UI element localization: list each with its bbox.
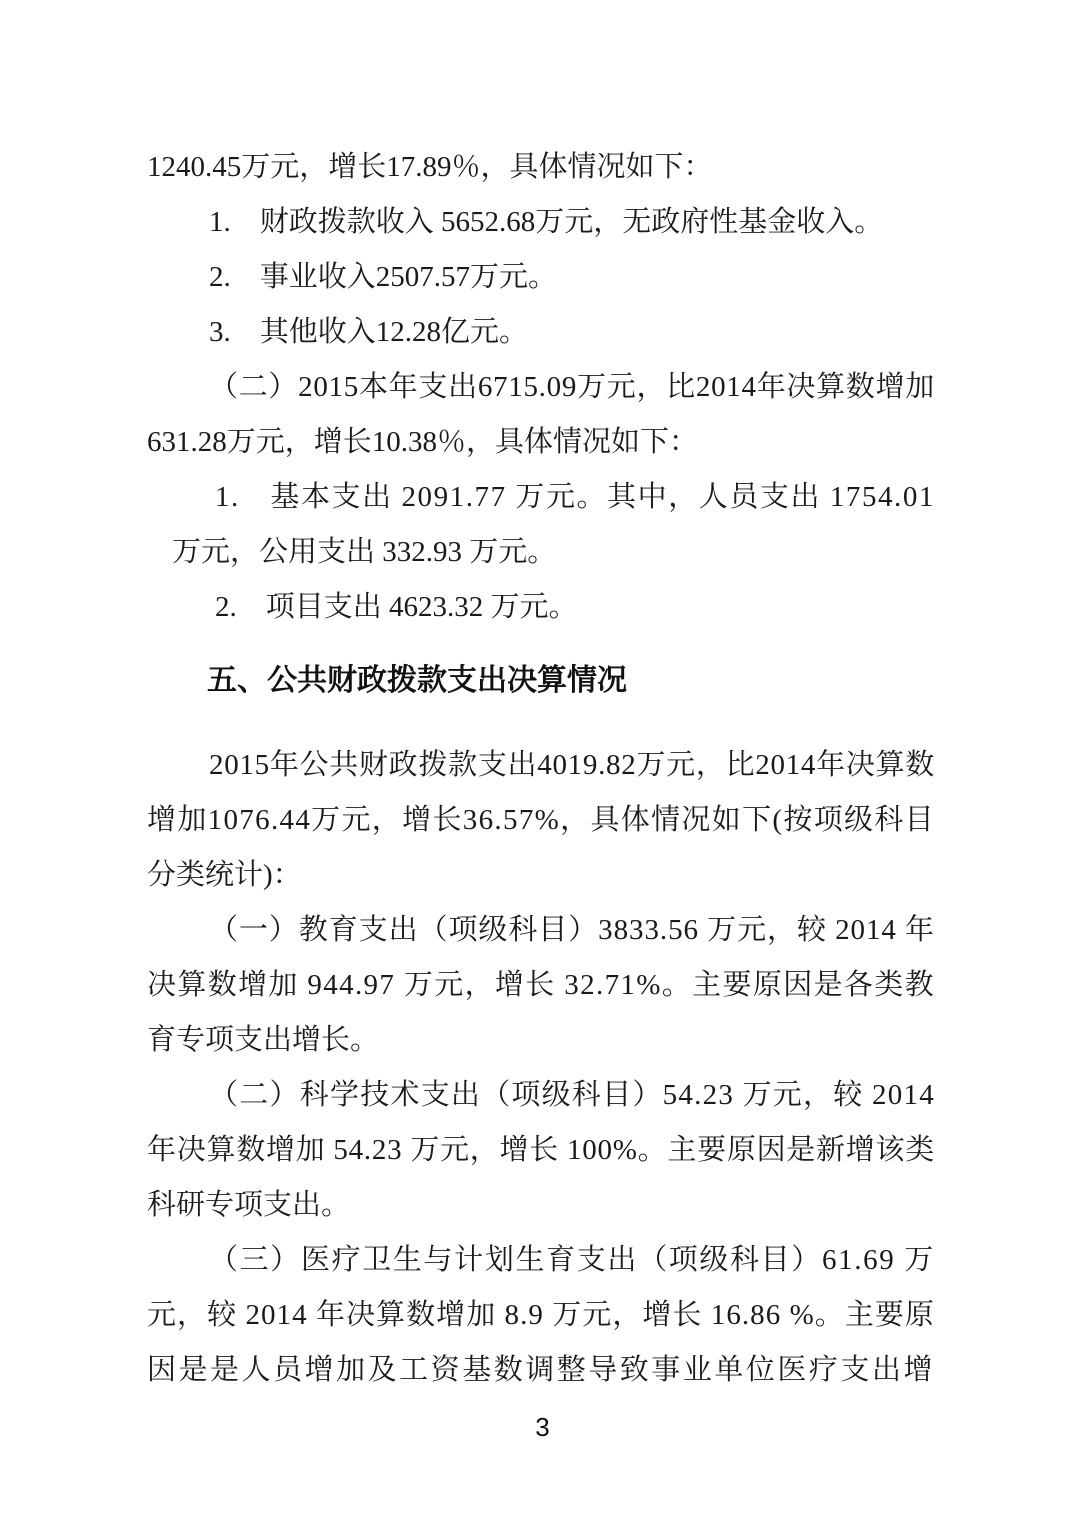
paragraph-line: 元，较 2014 年决算数增加 8.9 万元，增长 16.86 %。主要原 bbox=[147, 1288, 935, 1343]
text-line-content: （一）教育支出（项级科目）3833.56 万元，较 2014 年 bbox=[209, 903, 935, 958]
text-line-content: 育专项支出增长。 bbox=[147, 1024, 379, 1056]
paragraph-line: 增加1076.44万元，增长36.57%，具体情况如下(按项级科目 bbox=[147, 793, 935, 848]
text-line-content: （二）科学技术支出（项级科目）54.23 万元，较 2014 bbox=[209, 1068, 935, 1123]
paragraph-line: 年决算数增加 54.23 万元，增长 100%。主要原因是新增该类 bbox=[147, 1123, 935, 1178]
text-line-content: 2015年公共财政拨款支出4019.82万元，比2014年决算数 bbox=[209, 738, 935, 793]
text-line: 1240.45万元，增长17.89％，具体情况如下： bbox=[147, 140, 935, 195]
list-item-line: 1. 基本支出 2091.77 万元。其中，人员支出 1754.01 bbox=[147, 470, 935, 525]
list-item-line: 2. 项目支出 4623.32 万元。 bbox=[147, 580, 935, 635]
document-body: 1240.45万元，增长17.89％，具体情况如下： 1. 财政拨款收入 565… bbox=[147, 140, 935, 1398]
paragraph-line: 分类统计)： bbox=[147, 848, 935, 903]
text-line-content: 1. 财政拨款收入 5652.68万元，无政府性基金收入。 bbox=[209, 206, 883, 238]
list-item-line: 2. 事业收入2507.57万元。 bbox=[147, 250, 935, 305]
paragraph-line: 万元，公用支出 332.93 万元。 bbox=[147, 525, 935, 580]
list-item-line: 3. 其他收入12.28亿元。 bbox=[147, 305, 935, 360]
text-line-content: 1. 基本支出 2091.77 万元。其中，人员支出 1754.01 bbox=[215, 470, 935, 525]
text-line-content: 增加1076.44万元，增长36.57%，具体情况如下(按项级科目 bbox=[147, 793, 935, 848]
text-line-content: 决算数增加 944.97 万元，增长 32.71%。主要原因是各类教 bbox=[147, 958, 935, 1013]
paragraph-line: （二）2015本年支出6715.09万元，比2014年决算数增加 bbox=[147, 360, 935, 415]
text-line-content: 2. 事业收入2507.57万元。 bbox=[209, 261, 557, 293]
page-number: 3 bbox=[0, 1412, 1085, 1442]
paragraph-line: 631.28万元，增长10.38％，具体情况如下： bbox=[147, 415, 935, 470]
paragraph-line: （二）科学技术支出（项级科目）54.23 万元，较 2014 bbox=[147, 1068, 935, 1123]
text-line-content: （三）医疗卫生与计划生育支出（项级科目）61.69 万 bbox=[209, 1233, 935, 1288]
text-line-content: 万元，公用支出 332.93 万元。 bbox=[172, 536, 556, 568]
text-line-content: 3. 其他收入12.28亿元。 bbox=[209, 316, 528, 348]
paragraph-line: （一）教育支出（项级科目）3833.56 万元，较 2014 年 bbox=[147, 903, 935, 958]
paragraph-line: （三）医疗卫生与计划生育支出（项级科目）61.69 万 bbox=[147, 1233, 935, 1288]
text-line-content: （二）2015本年支出6715.09万元，比2014年决算数增加 bbox=[209, 360, 935, 415]
paragraph-line: 因是是人员增加及工资基数调整导致事业单位医疗支出增 bbox=[147, 1343, 935, 1398]
list-item-line: 1. 财政拨款收入 5652.68万元，无政府性基金收入。 bbox=[147, 195, 935, 250]
paragraph-line: 科研专项支出。 bbox=[147, 1178, 935, 1233]
paragraph-line: 决算数增加 944.97 万元，增长 32.71%。主要原因是各类教 bbox=[147, 958, 935, 1013]
text-line-content: 分类统计)： bbox=[147, 859, 302, 891]
document-page: 1240.45万元，增长17.89％，具体情况如下： 1. 财政拨款收入 565… bbox=[0, 0, 1085, 1536]
text-line-content: 年决算数增加 54.23 万元，增长 100%。主要原因是新增该类 bbox=[147, 1123, 935, 1178]
text-line-content: 元，较 2014 年决算数增加 8.9 万元，增长 16.86 %。主要原 bbox=[147, 1288, 935, 1343]
text-line-content: 因是是人员增加及工资基数调整导致事业单位医疗支出增 bbox=[147, 1343, 935, 1398]
text-line-content: 1240.45万元，增长17.89％，具体情况如下： bbox=[147, 151, 713, 183]
text-line-content: 631.28万元，增长10.38％，具体情况如下： bbox=[147, 426, 698, 458]
paragraph-line: 2015年公共财政拨款支出4019.82万元，比2014年决算数 bbox=[147, 738, 935, 793]
text-line-content: 2. 项目支出 4623.32 万元。 bbox=[215, 591, 578, 623]
section-heading: 五、公共财政拨款支出决算情况 bbox=[147, 653, 935, 708]
text-line-content: 科研专项支出。 bbox=[147, 1189, 350, 1221]
paragraph-line: 育专项支出增长。 bbox=[147, 1013, 935, 1068]
